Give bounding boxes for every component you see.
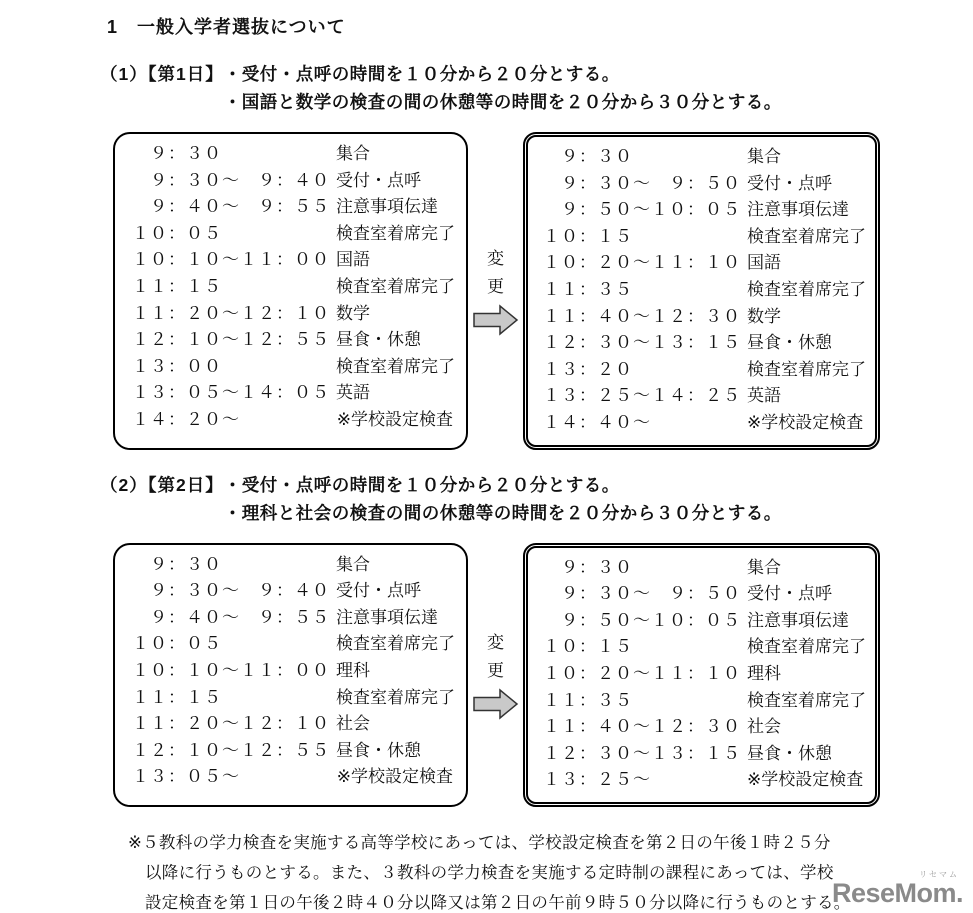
schedule-row: ９：３０集合 (132, 552, 456, 579)
row-activity: 集合 (336, 141, 456, 168)
schedule-row: ９：３０集合 (132, 141, 456, 168)
schedule-before-box: ９：３０集合 ９：３０～ ９：４０受付・点呼 ９：４０～ ９：５５注意事項伝達１… (113, 132, 468, 450)
row-time: １４：４０～ (543, 410, 747, 437)
row-time: １２：３０～１３：１５ (543, 330, 747, 357)
row-time: １０：２０～１１：１０ (543, 250, 747, 277)
section-bullet: ・受付・点呼の時間を１０分から２０分とする。 (224, 471, 782, 499)
row-time: １１：１５ (132, 685, 336, 712)
schedule-row: １３：２０検査室着席完了 (543, 357, 865, 384)
section: （2）【第2日】 ・受付・点呼の時間を１０分から２０分とする。・理科と社会の検査… (0, 471, 973, 807)
schedule-row: １０：１５検査室着席完了 (543, 224, 865, 251)
schedule-row: １０：２０～１１：１０理科 (543, 661, 865, 688)
row-activity: 集合 (336, 552, 456, 579)
row-activity: 検査室着席完了 (336, 354, 456, 381)
schedule-pair: ９：３０集合 ９：３０～ ９：４０受付・点呼 ９：４０～ ９：５５注意事項伝達１… (113, 132, 973, 450)
change-label: 変更 (486, 245, 506, 301)
row-activity: ※学校設定検査 (336, 407, 456, 434)
schedule-row: １１：４０～１２：３０数学 (543, 304, 865, 331)
schedule-after-box: ９：３０集合 ９：３０～ ９：５０受付・点呼 ９：５０～１０：０５注意事項伝達１… (523, 132, 880, 450)
row-time: １１：４０～１２：３０ (543, 304, 747, 331)
row-time: １０：０５ (132, 221, 336, 248)
resemom-logo: リセマム ReseMom. (832, 871, 963, 907)
schedule-row: ９：３０～ ９：４０受付・点呼 (132, 168, 456, 195)
row-time: ９：５０～１０：０５ (543, 608, 747, 635)
schedule-row: １１：４０～１２：３０社会 (543, 714, 865, 741)
section-bullets: ・受付・点呼の時間を１０分から２０分とする。・国語と数学の検査の間の休憩等の時間… (224, 60, 782, 116)
row-activity: 検査室着席完了 (747, 277, 866, 304)
row-activity: ※学校設定検査 (747, 410, 866, 437)
row-time: １３：２０ (543, 357, 747, 384)
row-time: １０：２０～１１：１０ (543, 661, 747, 688)
row-time: ９：３０ (132, 141, 336, 168)
schedule-row: １１：３５検査室着席完了 (543, 688, 865, 715)
row-time: １３：０５～１４：０５ (132, 380, 336, 407)
row-activity: 数学 (747, 304, 865, 331)
row-time: ９：３０～ ９：４０ (132, 578, 336, 605)
schedule-row: １３：２５～※学校設定検査 (543, 767, 865, 794)
row-time: １０：１５ (543, 634, 747, 661)
row-time: １１：３５ (543, 277, 747, 304)
schedule-row: １０：１０～１１：００理科 (132, 658, 456, 685)
row-activity: 注意事項伝達 (747, 608, 865, 635)
schedule-row: １３：０５～１４：０５英語 (132, 380, 456, 407)
row-time: ９：５０～１０：０５ (543, 197, 747, 224)
row-time: １０：１０～１１：００ (132, 247, 336, 274)
row-activity: 検査室着席完了 (747, 688, 866, 715)
right-arrow-icon (473, 304, 519, 336)
change-label: 変更 (486, 629, 506, 685)
schedule-row: ９：３０～ ９：４０受付・点呼 (132, 578, 456, 605)
schedule-row: ９：３０集合 (543, 555, 865, 582)
row-activity: 英語 (747, 383, 865, 410)
schedule-row: ９：４０～ ９：５５注意事項伝達 (132, 194, 456, 221)
schedule-row: １４：２０～※学校設定検査 (132, 407, 456, 434)
schedule-row: １１：１５検査室着席完了 (132, 685, 456, 712)
footnote-line: ※５教科の学力検査を実施する高等学校にあっては、学校設定検査を第２日の午後１時２… (128, 828, 908, 858)
section-bullets: ・受付・点呼の時間を１０分から２０分とする。・理科と社会の検査の間の休憩等の時間… (224, 471, 782, 527)
row-time: １１：２０～１２：１０ (132, 301, 336, 328)
schedule-row: ９：５０～１０：０５注意事項伝達 (543, 197, 865, 224)
row-activity: 理科 (747, 661, 865, 688)
row-activity: 昼食・休憩 (747, 330, 865, 357)
section-header: （2）【第2日】 ・受付・点呼の時間を１０分から２０分とする。・理科と社会の検査… (100, 471, 973, 527)
schedule-row: １０：１５検査室着席完了 (543, 634, 865, 661)
row-activity: 昼食・休憩 (747, 741, 865, 768)
row-time: ９：３０～ ９：４０ (132, 168, 336, 195)
document-page: 1 一般入学者選抜について （1）【第1日】 ・受付・点呼の時間を１０分から２０… (0, 0, 973, 913)
schedule-row: ９：３０～ ９：５０受付・点呼 (543, 581, 865, 608)
row-time: １１：４０～１２：３０ (543, 714, 747, 741)
row-time: １１：１５ (132, 274, 336, 301)
schedule-row: １３：２５～１４：２５英語 (543, 383, 865, 410)
row-activity: 社会 (747, 714, 865, 741)
row-activity: 注意事項伝達 (336, 194, 456, 221)
row-time: ９：３０ (543, 555, 747, 582)
row-activity: 検査室着席完了 (336, 274, 456, 301)
section-label: （2）【第2日】 (100, 471, 224, 527)
section-bullet: ・理科と社会の検査の間の休憩等の時間を２０分から３０分とする。 (224, 499, 782, 527)
row-activity: 昼食・休憩 (336, 738, 456, 765)
row-time: １０：０５ (132, 631, 336, 658)
row-activity: 検査室着席完了 (747, 224, 866, 251)
sections-container: （1）【第1日】 ・受付・点呼の時間を１０分から２０分とする。・国語と数学の検査… (0, 60, 973, 807)
row-activity: 注意事項伝達 (336, 605, 456, 632)
change-column: 変更 (468, 132, 523, 450)
schedule-row: １３：００検査室着席完了 (132, 354, 456, 381)
schedule-row: １２：３０～１３：１５昼食・休憩 (543, 330, 865, 357)
section-header: （1）【第1日】 ・受付・点呼の時間を１０分から２０分とする。・国語と数学の検査… (100, 60, 973, 116)
page-title: 1 一般入学者選抜について (107, 0, 973, 39)
schedule-row: ９：５０～１０：０５注意事項伝達 (543, 608, 865, 635)
row-time: ９：３０ (132, 552, 336, 579)
row-activity: 数学 (336, 301, 456, 328)
row-time: ９：３０ (543, 144, 747, 171)
schedule-row: １０：２０～１１：１０国語 (543, 250, 865, 277)
schedule-row: １１：３５検査室着席完了 (543, 277, 865, 304)
row-activity: 集合 (747, 144, 865, 171)
schedule-pair: ９：３０集合 ９：３０～ ９：４０受付・点呼 ９：４０～ ９：５５注意事項伝達１… (113, 543, 973, 807)
footnote-line: 以降に行うものとする。また、３教科の学力検査を実施する定時制の課程にあっては、学… (128, 858, 908, 888)
schedule-row: １２：１０～１２：５５昼食・休憩 (132, 738, 456, 765)
schedule-row: １０：１０～１１：００国語 (132, 247, 456, 274)
row-activity: ※学校設定検査 (747, 767, 866, 794)
row-activity: 受付・点呼 (336, 578, 456, 605)
row-time: １３：００ (132, 354, 336, 381)
row-time: １３：０５～ (132, 764, 336, 791)
section-bullet: ・国語と数学の検査の間の休憩等の時間を２０分から３０分とする。 (224, 88, 782, 116)
row-activity: 検査室着席完了 (747, 357, 866, 384)
row-activity: 受付・点呼 (747, 581, 865, 608)
row-activity: 検査室着席完了 (336, 221, 456, 248)
section-bullet: ・受付・点呼の時間を１０分から２０分とする。 (224, 60, 782, 88)
row-time: １１：３５ (543, 688, 747, 715)
row-time: ９：３０～ ９：５０ (543, 171, 747, 198)
row-activity: 昼食・休憩 (336, 327, 456, 354)
row-time: ９：４０～ ９：５５ (132, 605, 336, 632)
schedule-row: １１：２０～１２：１０数学 (132, 301, 456, 328)
row-activity: 国語 (336, 247, 456, 274)
row-activity: 検査室着席完了 (336, 685, 456, 712)
row-activity: 英語 (336, 380, 456, 407)
schedule-row: １０：０５検査室着席完了 (132, 631, 456, 658)
logo-text: ReseMom. (832, 878, 963, 908)
row-activity: 検査室着席完了 (747, 634, 866, 661)
row-time: １４：２０～ (132, 407, 336, 434)
row-time: １０：１０～１１：００ (132, 658, 336, 685)
schedule-row: ９：４０～ ９：５５注意事項伝達 (132, 605, 456, 632)
section-label: （1）【第1日】 (100, 60, 224, 116)
row-activity: 検査室着席完了 (336, 631, 456, 658)
schedule-row: １３：０５～※学校設定検査 (132, 764, 456, 791)
schedule-row: ９：３０～ ９：５０受付・点呼 (543, 171, 865, 198)
row-time: ９：４０～ ９：５５ (132, 194, 336, 221)
right-arrow-icon (473, 688, 519, 720)
row-activity: 集合 (747, 555, 865, 582)
footnote: ※５教科の学力検査を実施する高等学校にあっては、学校設定検査を第２日の午後１時２… (128, 828, 908, 913)
footnote-line: 設定検査を第１日の午後２時４０分以降又は第２日の午前９時５０分以降に行うものとす… (128, 888, 908, 913)
schedule-before-box: ９：３０集合 ９：３０～ ９：４０受付・点呼 ９：４０～ ９：５５注意事項伝達１… (113, 543, 468, 807)
schedule-row: １０：０５検査室着席完了 (132, 221, 456, 248)
schedule-after-box: ９：３０集合 ９：３０～ ９：５０受付・点呼 ９：５０～１０：０５注意事項伝達１… (523, 543, 880, 807)
row-time: １１：２０～１２：１０ (132, 711, 336, 738)
row-activity: 理科 (336, 658, 456, 685)
row-time: ９：３０～ ９：５０ (543, 581, 747, 608)
row-time: １２：１０～１２：５５ (132, 738, 336, 765)
row-activity: 国語 (747, 250, 865, 277)
schedule-row: １４：４０～※学校設定検査 (543, 410, 865, 437)
schedule-row: １１：２０～１２：１０社会 (132, 711, 456, 738)
row-time: １３：２５～１４：２５ (543, 383, 747, 410)
row-activity: 社会 (336, 711, 456, 738)
schedule-row: ９：３０集合 (543, 144, 865, 171)
section: （1）【第1日】 ・受付・点呼の時間を１０分から２０分とする。・国語と数学の検査… (0, 60, 973, 450)
row-time: １３：２５～ (543, 767, 747, 794)
row-activity: 注意事項伝達 (747, 197, 865, 224)
row-activity: ※学校設定検査 (336, 764, 456, 791)
row-time: １０：１５ (543, 224, 747, 251)
row-time: １２：３０～１３：１５ (543, 741, 747, 768)
schedule-row: １２：１０～１２：５５昼食・休憩 (132, 327, 456, 354)
row-time: １２：１０～１２：５５ (132, 327, 336, 354)
schedule-row: １１：１５検査室着席完了 (132, 274, 456, 301)
row-activity: 受付・点呼 (747, 171, 865, 198)
schedule-row: １２：３０～１３：１５昼食・休憩 (543, 741, 865, 768)
row-activity: 受付・点呼 (336, 168, 456, 195)
change-column: 変更 (468, 543, 523, 807)
